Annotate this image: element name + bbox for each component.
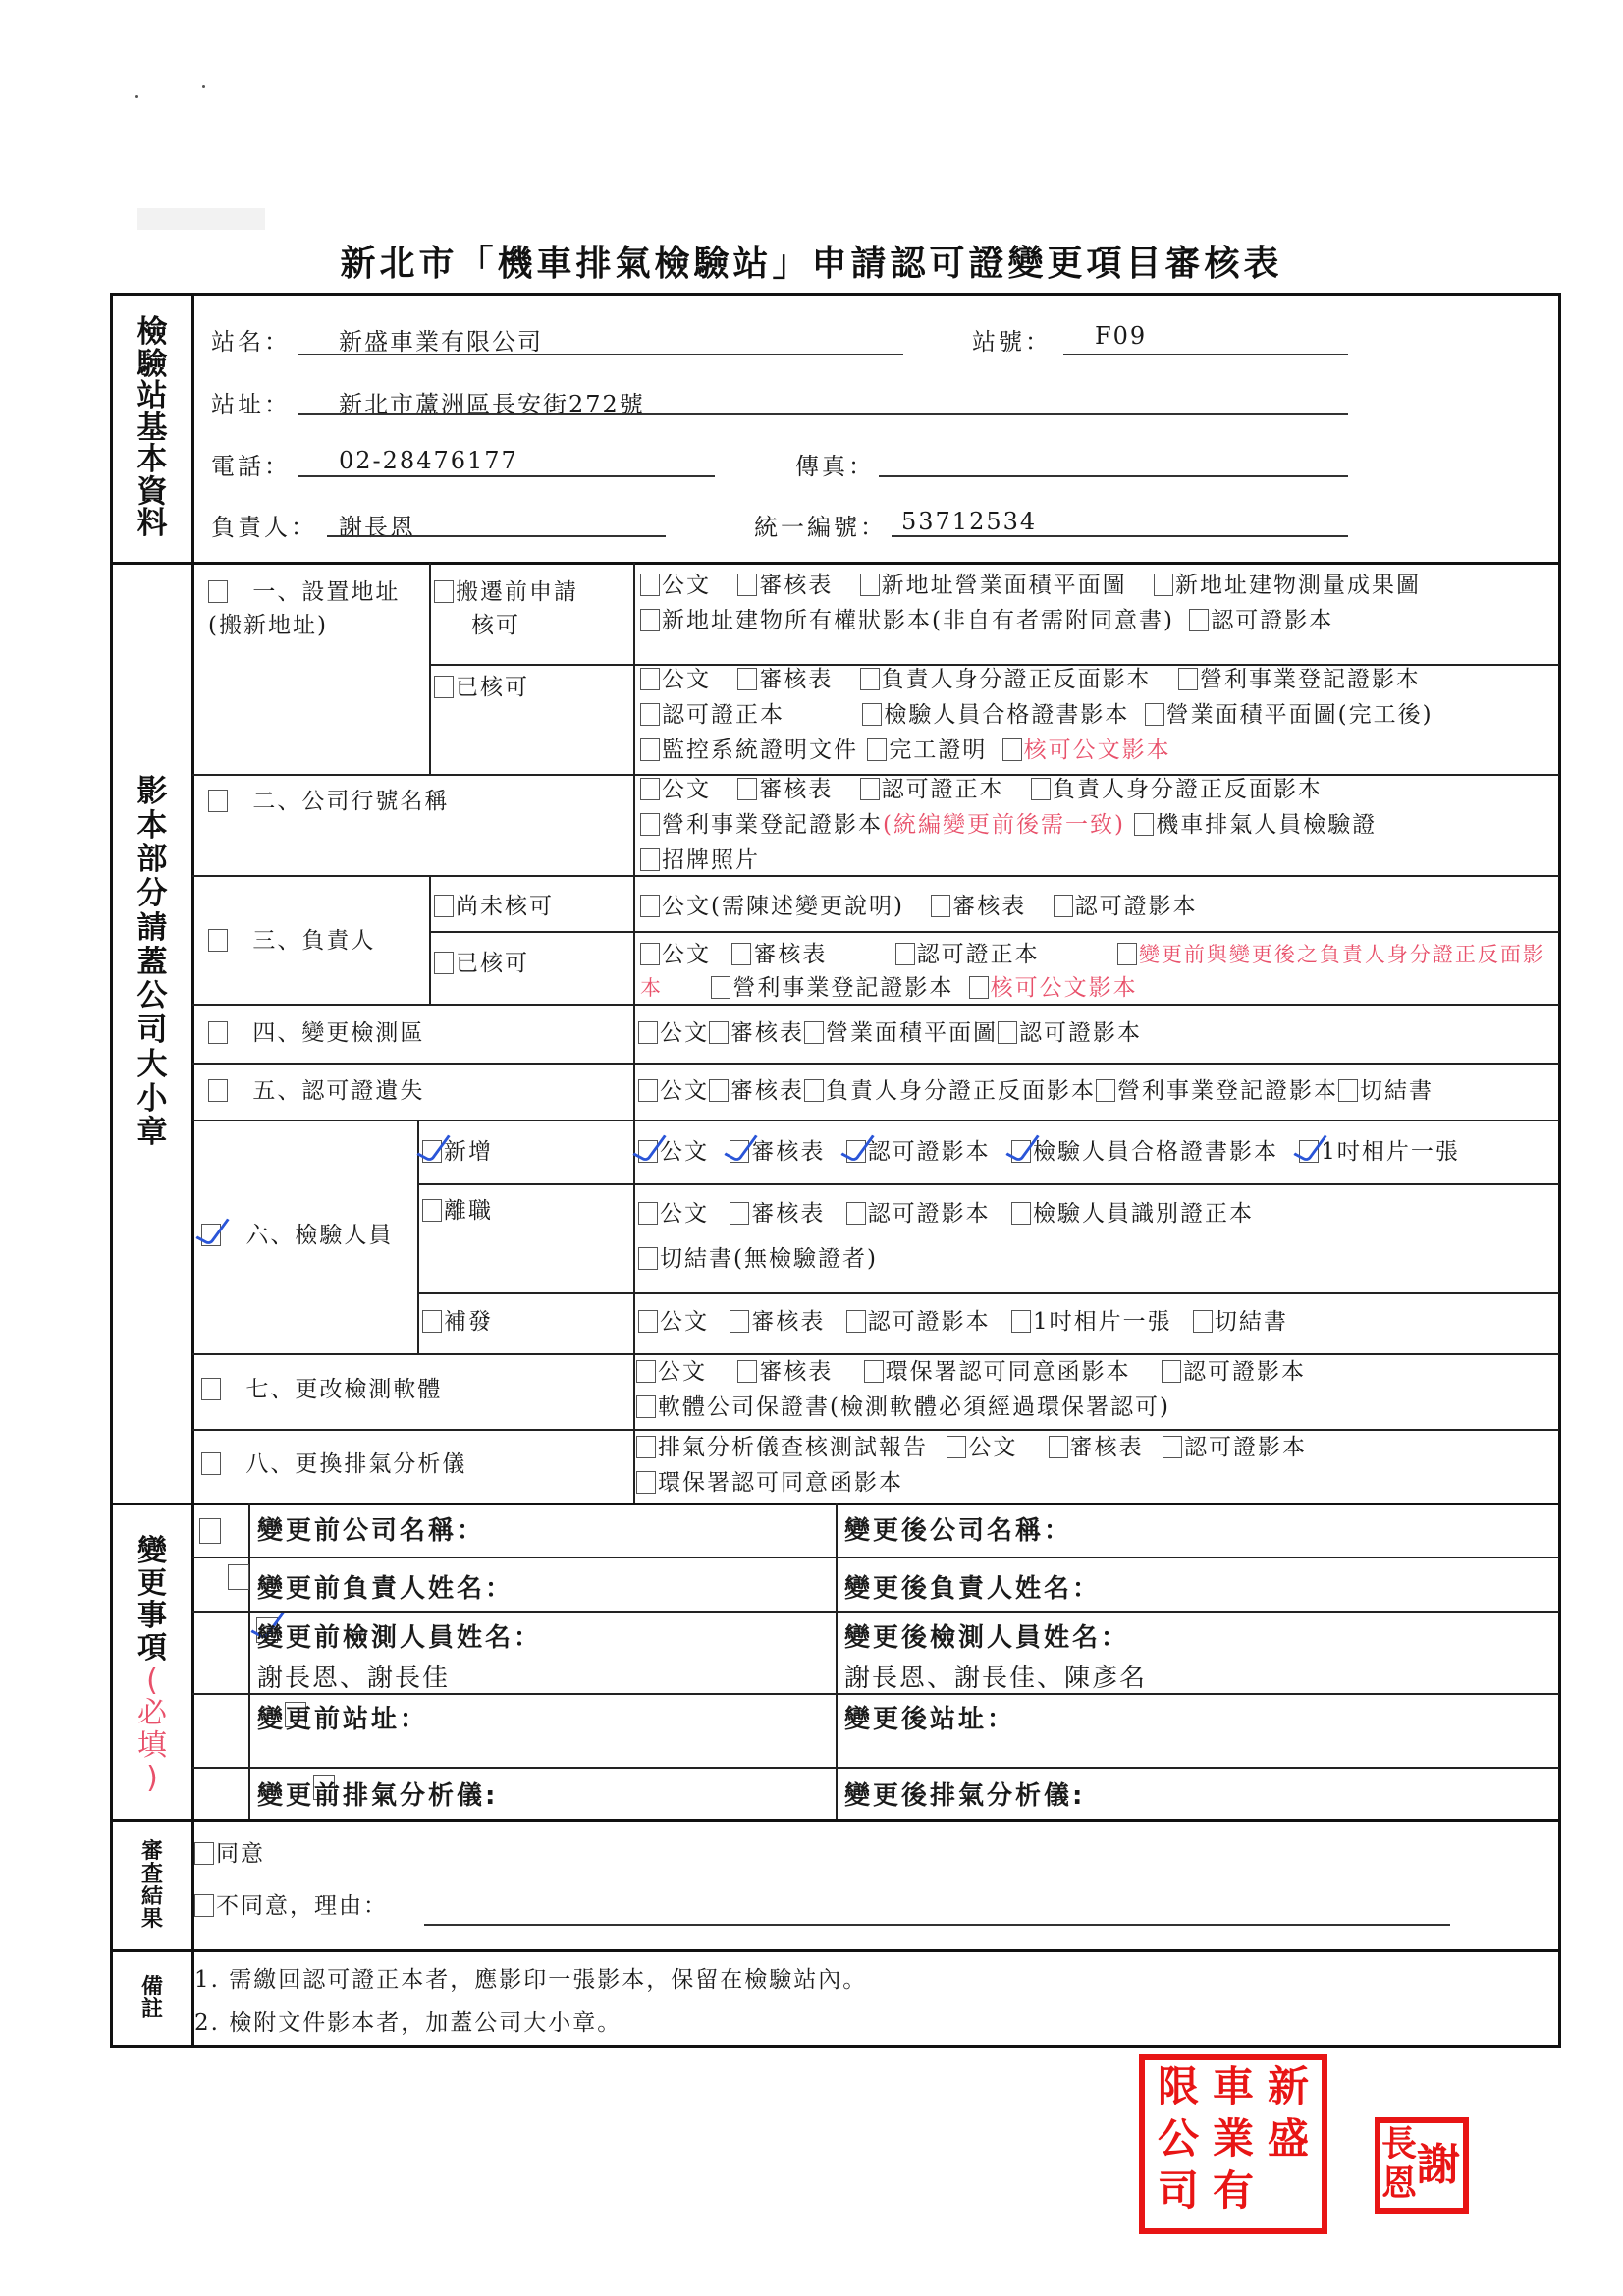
doc-checkbox[interactable]: [998, 1021, 1017, 1044]
section-7-label[interactable]: 七、更改檢測軟體: [201, 1372, 614, 1407]
tax-id-value[interactable]: 53712534: [901, 508, 1037, 535]
station-no-value[interactable]: F09: [1095, 322, 1147, 350]
sub-checkbox[interactable]: [434, 676, 454, 698]
divider: [112, 1819, 1559, 1822]
doc-checkbox[interactable]: [1145, 703, 1164, 726]
section-1-sub-approved[interactable]: 已核可: [434, 670, 630, 705]
scan-speck: [135, 95, 138, 98]
section-6-sub-new[interactable]: 新增: [422, 1134, 628, 1170]
doc-checkbox[interactable]: [730, 1202, 749, 1225]
doc-checkbox[interactable]: [1163, 1436, 1182, 1458]
address-underline: [298, 413, 1348, 415]
doc-checkbox[interactable]: [709, 1021, 729, 1044]
doc-checkbox[interactable]: [867, 738, 887, 761]
fax-label: 傳真：: [795, 447, 875, 481]
phone-label: 電話：: [211, 447, 291, 481]
doc-checkbox[interactable]: [846, 1140, 866, 1163]
before-analyzer-label: 變更前排氣分析儀:: [257, 1776, 498, 1812]
section-3-label[interactable]: 三、負責人: [208, 923, 429, 958]
doc-checkbox[interactable]: [711, 976, 730, 999]
divider: [192, 1557, 1559, 1558]
section-7-items: 公文 審核表 環保署認可同意函影本 認可證影本 軟體公司保證書(檢測軟體必須經過…: [636, 1354, 1554, 1425]
doc-checkbox[interactable]: [1002, 738, 1022, 761]
label-column-divider: [191, 295, 194, 2047]
divider: [112, 562, 1559, 565]
section-6-sub-3-items: 公文 審核表 認可證影本 1吋相片一張 切結書: [638, 1304, 1556, 1339]
doc-checkbox[interactable]: [846, 1310, 866, 1333]
doc-checkbox[interactable]: [640, 574, 660, 596]
doc-checkbox[interactable]: [1096, 1079, 1115, 1102]
divider: [192, 875, 1559, 877]
divider: [192, 1611, 1559, 1613]
doc-checkbox[interactable]: [636, 1395, 656, 1418]
section-1-label[interactable]: 一、設置地址 (搬新地址): [208, 575, 429, 642]
doc-checkbox[interactable]: [730, 1310, 749, 1333]
fax-underline: [879, 475, 1348, 477]
doc-checkbox[interactable]: [804, 1021, 824, 1044]
section-4-label[interactable]: 四、變更檢測區: [208, 1015, 621, 1051]
section-8-checkbox[interactable]: [201, 1452, 221, 1475]
before-inspector-names-label: 變更前檢測人員姓名：: [257, 1617, 542, 1654]
review-section-label: 審查 結果: [113, 1827, 191, 1944]
address-label: 站址：: [211, 385, 291, 419]
after-owner-name-label: 變更後負責人姓名：: [844, 1568, 1101, 1605]
doc-checkbox[interactable]: [737, 1360, 757, 1383]
section-6-sub-1-items: 公文 審核表 認可證影本 檢驗人員合格證書影本 1吋相片一張: [638, 1134, 1556, 1170]
section-7-checkbox[interactable]: [201, 1378, 221, 1400]
phone-value[interactable]: 02-28476177: [339, 447, 518, 474]
doc-checkbox[interactable]: [640, 895, 660, 917]
after-analyzer-label: 變更後排氣分析儀:: [844, 1776, 1085, 1812]
divider: [192, 1693, 1559, 1695]
section-1-sub-1-items: 公文 審核表 新地址營業面積平面圖 新地址建物測量成果圖 新地址建物所有權狀影本…: [640, 568, 1558, 638]
before-after-divider: [836, 1503, 838, 1819]
change-company-name-checkbox[interactable]: [199, 1518, 221, 1544]
after-inspector-names-label: 變更後檢測人員姓名：: [844, 1617, 1129, 1654]
doc-checkbox[interactable]: [1011, 1140, 1031, 1163]
doc-checkbox[interactable]: [931, 895, 950, 917]
divider: [192, 1767, 1559, 1769]
doc-checkbox[interactable]: [1031, 778, 1051, 800]
doc-checkbox[interactable]: [895, 943, 915, 965]
doc-checkbox[interactable]: [846, 1202, 866, 1225]
sub-checkbox[interactable]: [422, 1140, 442, 1163]
section-4-checkbox[interactable]: [208, 1021, 228, 1044]
doc-checkbox[interactable]: [860, 778, 880, 800]
doc-checkbox[interactable]: [636, 1471, 656, 1494]
notes-section-label: 備註: [113, 1959, 191, 2038]
sub-column-divider: [429, 875, 431, 1004]
sub-checkbox[interactable]: [434, 895, 454, 917]
divider: [429, 931, 1559, 933]
doc-checkbox[interactable]: [640, 813, 660, 836]
faint-scan-mark: [137, 208, 265, 230]
divider: [192, 1004, 1559, 1006]
before-address-label: 變更前站址：: [257, 1699, 428, 1735]
station-name-label: 站名：: [211, 322, 291, 356]
sub-checkbox[interactable]: [434, 580, 454, 603]
section-6-sub-2-items: 公文 審核表 認可證影本 檢驗人員識別證正本 切結書(無檢驗證者): [638, 1191, 1556, 1282]
doc-checkbox[interactable]: [638, 1140, 658, 1163]
content-column-divider: [633, 563, 635, 1503]
doc-checkbox[interactable]: [1162, 1360, 1181, 1383]
divider: [417, 1292, 1559, 1294]
doc-checkbox[interactable]: [1193, 1310, 1213, 1333]
section-1-checkbox[interactable]: [208, 580, 228, 603]
doc-checkbox[interactable]: [737, 778, 757, 800]
doc-checkbox[interactable]: [640, 609, 660, 631]
divider: [192, 1063, 1559, 1065]
doc-checkbox[interactable]: [638, 1310, 658, 1333]
doc-checkbox[interactable]: [947, 1436, 966, 1458]
doc-checkbox[interactable]: [640, 668, 660, 690]
section-1-sub-before-approval[interactable]: 搬遷前申請 核可: [434, 575, 630, 642]
station-name-value[interactable]: 新盛車業有限公司: [339, 322, 543, 356]
doc-checkbox[interactable]: [730, 1140, 749, 1163]
notes-list: 1. 需繳回認可證正本者，應影印一張影本，保留在檢驗站內。 2. 檢附文件影本者…: [194, 1958, 867, 2045]
doc-checkbox[interactable]: [1299, 1140, 1319, 1163]
copies-section-label: 影本 部分 請蓋 公司 大小 章: [113, 687, 191, 1237]
before-company-name-label: 變更前公司名稱：: [257, 1510, 485, 1547]
doc-checkbox[interactable]: [804, 1079, 824, 1102]
section-5-items: 公文審核表負責人身分證正反面影本營利事業登記證影本切結書: [638, 1073, 1561, 1109]
doc-checkbox[interactable]: [640, 703, 660, 726]
divider: [112, 1949, 1559, 1952]
doc-checkbox[interactable]: [709, 1079, 729, 1102]
doc-checkbox[interactable]: [1049, 1436, 1068, 1458]
section-6-sub-reissue[interactable]: 補發: [422, 1304, 628, 1339]
note-item: 1. 需繳回認可證正本者，應影印一張影本，保留在檢驗站內。: [194, 1958, 867, 2001]
agree-checkbox[interactable]: [194, 1842, 214, 1865]
scan-speck: [202, 85, 205, 88]
doc-checkbox[interactable]: [640, 848, 660, 871]
doc-checkbox[interactable]: [640, 738, 660, 761]
section-1-sub-2-items: 公文 審核表 負責人身分證正反面影本 營利事業登記證影本 認可證正本 檢驗人員合…: [640, 662, 1558, 768]
change-owner-name-checkbox[interactable]: [228, 1564, 249, 1590]
sub-checkbox[interactable]: [422, 1199, 442, 1222]
doc-checkbox[interactable]: [636, 1436, 656, 1458]
doc-checkbox[interactable]: [1154, 574, 1173, 596]
doc-checkbox[interactable]: [636, 1360, 656, 1383]
before-inspector-names-value[interactable]: 謝長恩、謝長佳: [257, 1658, 450, 1694]
section-3-sub-approved[interactable]: 已核可: [434, 946, 630, 981]
doc-checkbox[interactable]: [862, 703, 882, 726]
section-2-items: 公文 審核表 認可證正本 負責人身分證正反面影本 營利事業登記證影本(統編變更前…: [640, 772, 1558, 878]
section-3-sub-not-approved[interactable]: 尚未核可: [434, 889, 630, 924]
doc-checkbox[interactable]: [860, 574, 880, 596]
doc-checkbox[interactable]: [1178, 668, 1198, 690]
station-name-underline: [298, 354, 903, 355]
doc-checkbox[interactable]: [640, 943, 660, 965]
doc-checkbox[interactable]: [1189, 609, 1209, 631]
section-3-sub-2-items: 公文 審核表 認可證正本 變更前與變更後之負責人身分證正反面影本 營利事業登記證…: [640, 938, 1558, 1005]
doc-checkbox[interactable]: [969, 976, 989, 999]
doc-checkbox[interactable]: [640, 778, 660, 800]
section-4-items: 公文審核表營業面積平面圖認可證影本: [638, 1015, 1556, 1051]
doc-checkbox[interactable]: [1011, 1202, 1031, 1225]
page-title: 新北市「機車排氣檢驗站」申請認可證變更項目審核表: [0, 236, 1623, 286]
sub-checkbox[interactable]: [434, 952, 454, 974]
changes-section-label: 變更 事項 ( 必 填 ): [113, 1517, 191, 1812]
divider: [192, 1120, 1559, 1121]
disagree-checkbox[interactable]: [194, 1894, 214, 1917]
station-no-label: 站號：: [972, 322, 1052, 356]
company-seal-stamp: 新盛 車業有 限公司: [1139, 2054, 1327, 2234]
doc-checkbox[interactable]: [864, 1360, 884, 1383]
phone-underline: [298, 475, 715, 477]
section-6-sub-resign[interactable]: 離職: [422, 1193, 628, 1229]
doc-checkbox[interactable]: [737, 574, 757, 596]
doc-checkbox[interactable]: [1134, 813, 1154, 836]
section-6-checkbox[interactable]: [201, 1224, 221, 1246]
sub-column-divider: [429, 563, 431, 774]
personal-seal-stamp: 謝 長恩: [1375, 2117, 1469, 2214]
doc-checkbox[interactable]: [737, 668, 757, 690]
doc-checkbox[interactable]: [1011, 1310, 1031, 1333]
doc-checkbox[interactable]: [1117, 943, 1137, 965]
review-agree-option[interactable]: 同意: [194, 1836, 265, 1872]
doc-checkbox[interactable]: [638, 1202, 658, 1225]
doc-checkbox[interactable]: [731, 943, 751, 965]
section-2-checkbox[interactable]: [208, 790, 228, 812]
note-item: 2. 檢附文件影本者，加蓋公司大小章。: [194, 2001, 867, 2045]
section-2-label[interactable]: 二、公司行號名稱: [208, 784, 621, 819]
basic-info-section-label: 檢驗 站基 本資 料: [113, 297, 191, 560]
reason-underline: [424, 1924, 1450, 1926]
before-owner-name-label: 變更前負責人姓名：: [257, 1568, 514, 1605]
divider: [417, 1183, 1559, 1185]
tax-id-label: 統一編號：: [754, 508, 887, 542]
sub-checkbox[interactable]: [422, 1310, 442, 1333]
tax-id-underline: [892, 535, 1348, 537]
section-8-items: 排氣分析儀查核測試報告 公文 審核表 認可證影本 環保署認可同意函影本: [636, 1430, 1554, 1501]
after-address-label: 變更後站址：: [844, 1699, 1015, 1735]
owner-label: 負責人：: [211, 508, 317, 542]
section-6-label[interactable]: 六、檢驗人員: [201, 1218, 417, 1253]
station-no-underline: [1063, 354, 1348, 355]
review-disagree-option[interactable]: 不同意，理由：: [194, 1888, 388, 1924]
section-3-checkbox[interactable]: [208, 929, 228, 952]
doc-checkbox[interactable]: [638, 1247, 658, 1270]
section-3-sub-1-items: 公文(需陳述變更說明) 審核表 認可證影本: [640, 889, 1558, 924]
after-inspector-names-value[interactable]: 謝長恩、謝長佳、陳彥名: [844, 1658, 1147, 1694]
checkbox-column-divider: [248, 1503, 250, 1819]
section-8-label[interactable]: 八、更換排氣分析儀: [201, 1447, 614, 1482]
after-company-name-label: 變更後公司名稱：: [844, 1510, 1072, 1547]
owner-underline: [327, 535, 666, 537]
section-5-checkbox[interactable]: [208, 1079, 228, 1102]
doc-checkbox[interactable]: [638, 1021, 658, 1044]
doc-checkbox[interactable]: [860, 668, 880, 690]
doc-checkbox[interactable]: [1054, 895, 1073, 917]
section-5-label[interactable]: 五、認可證遺失: [208, 1073, 621, 1109]
doc-checkbox[interactable]: [638, 1079, 658, 1102]
doc-checkbox[interactable]: [1338, 1079, 1358, 1102]
